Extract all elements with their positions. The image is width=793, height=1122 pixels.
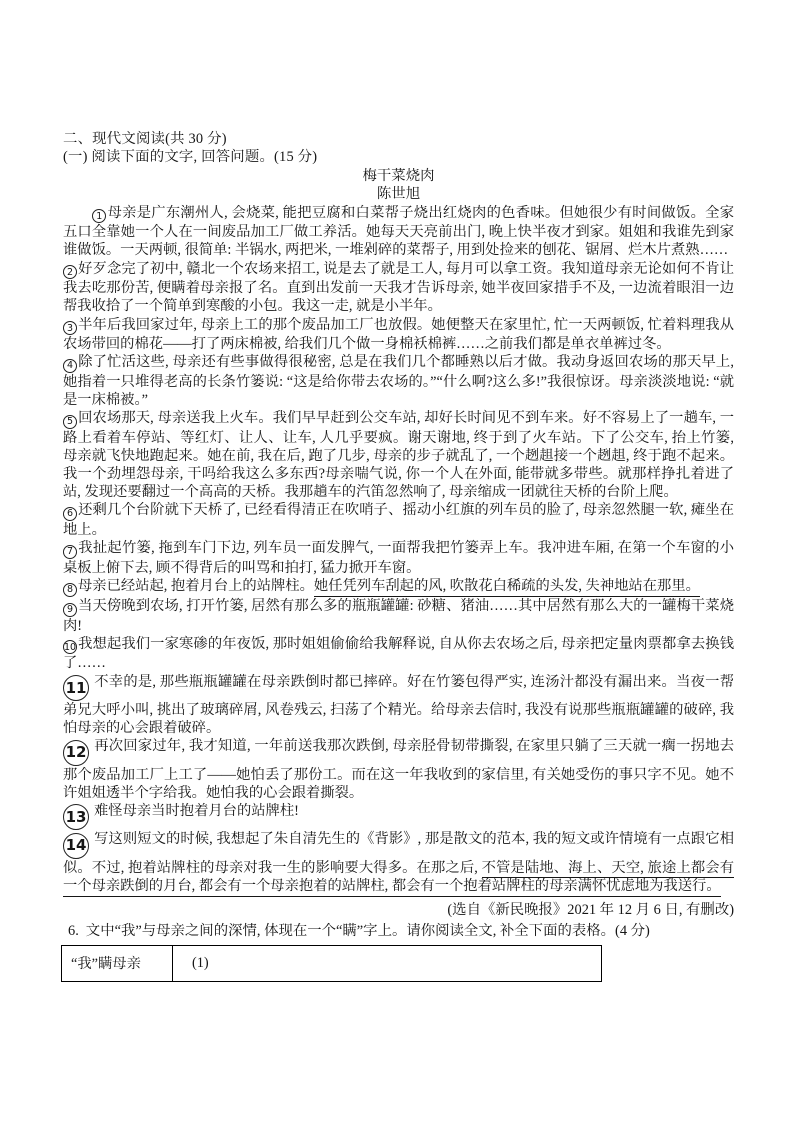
- paragraph-text: 好歹念完了初中, 赣北一个农场来招工, 说是去了就是工人, 每月可以拿工资。我知…: [63, 261, 734, 315]
- paragraph-text: 当天傍晚到农场, 打开竹篓, 居然有那么多的瓶瓶罐罐: 砂糖、猪油……其中居然有…: [63, 598, 734, 634]
- paragraph-number-badge: 13: [63, 804, 89, 830]
- subsection-heading: (一) 阅读下面的文字, 回答问题。(15 分): [63, 148, 734, 166]
- paragraph-text: 我扯起竹篓, 拖到车门下边, 列车员一面发脾气, 一面帮我把竹篓弄上车。我冲进车…: [63, 540, 734, 576]
- paragraph-number-badge: 9: [63, 603, 77, 617]
- paragraph-number-badge: 3: [63, 321, 77, 335]
- article-paragraph: 3半年后我回家过年, 母亲上工的那个废品加工厂也放假。她便整天在家里忙, 忙一天…: [63, 316, 734, 354]
- paragraph-text: 难怪母亲当时抱着月台的站牌柱!: [94, 803, 299, 819]
- article-paragraph: 14写这则短文的时候, 我想起了朱自清先生的《背影》, 那是散文的范本, 我的短…: [63, 830, 734, 895]
- paragraph-text: 母亲是广东潮州人, 会烧菜, 能把豆腐和白菜帮子烧出红烧肉的色香味。但她很少有时…: [63, 205, 734, 259]
- paragraph-number-badge: 7: [63, 545, 77, 559]
- article-paragraph: 2好歹念完了初中, 赣北一个农场来招工, 说是去了就是工人, 每月可以拿工资。我…: [63, 260, 734, 316]
- paragraph-text: 再次回家过年, 我才知道, 一年前送我那次跌倒, 母亲胫骨韧带撕裂, 在家里只躺…: [63, 738, 734, 801]
- paragraph-text: 回农场那天, 母亲送我上火车。我们早早赶到公交车站, 却好长时间见不到车来。好不…: [63, 410, 734, 500]
- answer-blank-cell: (1): [173, 945, 602, 981]
- question-number: 6.: [68, 923, 79, 939]
- article-paragraph: 10我想起我们一家寒碜的年夜饭, 那时姐姐偷偷给我解释说, 自从你去农场之后, …: [63, 635, 734, 673]
- paragraph-text: 我想起我们一家寒碜的年夜饭, 那时姐姐偷偷给我解释说, 自从你去农场之后, 母亲…: [63, 636, 734, 672]
- paragraph-number-badge: 12: [63, 740, 89, 766]
- paragraph-number-badge: 8: [63, 583, 77, 597]
- article-body: 1母亲是广东潮州人, 会烧菜, 能把豆腐和白菜帮子烧出红烧肉的色香味。但她很少有…: [63, 204, 734, 895]
- article-paragraph: 13难怪母亲当时抱着月台的站牌柱!: [63, 802, 734, 831]
- article-paragraph: 11不幸的是, 那些瓶瓶罐罐在母亲跌倒时都已摔碎。好在竹篓包得严实, 连汤汁都没…: [63, 673, 734, 738]
- paragraph-number-badge: 11: [63, 675, 89, 701]
- paragraph-text: 母亲已经站起, 抱着月台上的站牌柱。: [78, 578, 314, 594]
- article-paragraph: 1母亲是广东潮州人, 会烧菜, 能把豆腐和白菜帮子烧出红烧肉的色香味。但她很少有…: [63, 204, 734, 260]
- article-source: (选自《新民晚报》2021 年 12 月 6 日, 有删改): [63, 901, 734, 919]
- paragraph-number-badge: 5: [63, 415, 77, 429]
- article-paragraph: 9当天傍晚到农场, 打开竹篓, 居然有那么多的瓶瓶罐罐: 砂糖、猪油……其中居然…: [63, 597, 734, 635]
- article-paragraph: 7我扯起竹篓, 拖到车门下边, 列车员一面发脾气, 一面帮我把竹篓弄上车。我冲进…: [63, 539, 734, 577]
- section-heading: 二、现代文阅读(共 30 分): [63, 130, 734, 148]
- paragraph-text: 还剩几个台阶就下天桥了, 已经看得清正在吹哨子、摇动小红旗的列车员的脸了, 母亲…: [63, 502, 734, 538]
- paragraph-number-badge: 1: [92, 209, 106, 223]
- article-paragraph: 8母亲已经站起, 抱着月台上的站牌柱。她任凭列车刮起的风, 吹散花白稀疏的头发,…: [63, 577, 734, 597]
- article-title: 梅干菜烧肉: [63, 167, 734, 185]
- answer-table: “我”瞒母亲 (1): [61, 945, 602, 982]
- article-author: 陈世旭: [63, 185, 734, 203]
- paragraph-text: 除了忙活这些, 母亲还有些事做得很秘密, 总是在我们几个都睡熟以后才做。我动身返…: [63, 354, 734, 408]
- question-text: 文中“我”与母亲之间的深情, 体现在一个“瞒”字上。请你阅读全文, 补全下面的表…: [86, 923, 650, 939]
- article-paragraph: 4除了忙活这些, 母亲还有些事做得很秘密, 总是在我们几个都睡熟以后才做。我动身…: [63, 353, 734, 409]
- paragraph-text: 不幸的是, 那些瓶瓶罐罐在母亲跌倒时都已摔碎。好在竹篓包得严实, 连汤汁都没有漏…: [63, 674, 734, 737]
- paragraph-number-badge: 2: [63, 265, 77, 279]
- question-6: 6.文中“我”与母亲之间的深情, 体现在一个“瞒”字上。请你阅读全文, 补全下面…: [63, 922, 734, 940]
- answer-row-header: “我”瞒母亲: [62, 945, 173, 981]
- paragraph-number-badge: 6: [63, 507, 77, 521]
- paragraph-number-badge: 4: [63, 359, 77, 373]
- underlined-text: 她任凭列车刮起的风, 吹散花白稀疏的头发, 失神地站在那里。: [314, 578, 700, 597]
- article-paragraph: 6还剩几个台阶就下天桥了, 已经看得清正在吹哨子、摇动小红旗的列车员的脸了, 母…: [63, 501, 734, 539]
- paragraph-number-badge: 14: [63, 833, 89, 859]
- article-paragraph: 12再次回家过年, 我才知道, 一年前送我那次跌倒, 母亲胫骨韧带撕裂, 在家里…: [63, 737, 734, 802]
- table-row: “我”瞒母亲 (1): [62, 945, 602, 981]
- paragraph-text: 半年后我回家过年, 母亲上工的那个废品加工厂也放假。她便整天在家里忙, 忙一天两…: [63, 317, 734, 353]
- paragraph-number-badge: 10: [63, 640, 77, 654]
- exam-page: 二、现代文阅读(共 30 分) (一) 阅读下面的文字, 回答问题。(15 分)…: [63, 130, 734, 982]
- article-paragraph: 5回农场那天, 母亲送我上火车。我们早早赶到公交车站, 却好长时间见不到车来。好…: [63, 409, 734, 501]
